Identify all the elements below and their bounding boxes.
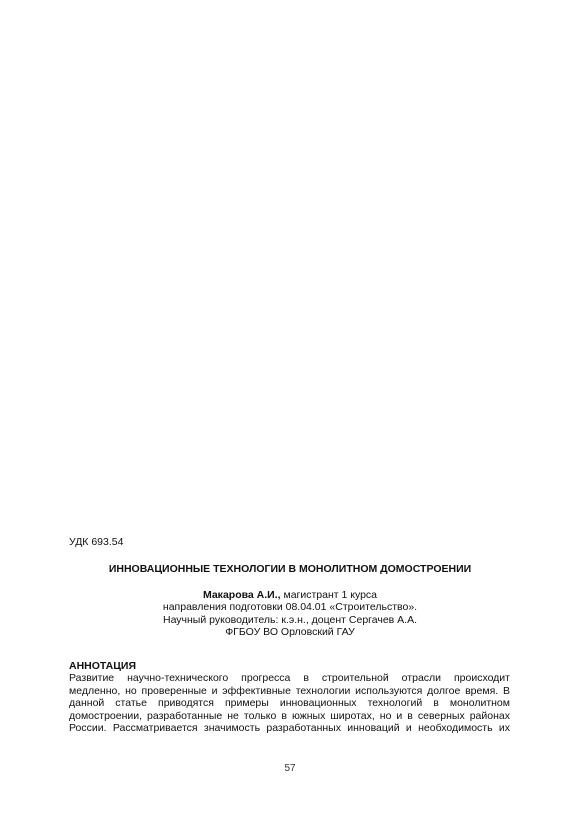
author-supervisor: Научный руководитель: к.э.н., доцент Сер…	[0, 614, 580, 626]
abstract-line: Развитие научно-технического прогресса в…	[69, 672, 510, 685]
abstract-line: данной статье приводятся примеры инновац…	[69, 697, 510, 710]
author-block: Макарова А.И., магистрант 1 курса направ…	[0, 589, 580, 639]
udk-code: УДК 693.54	[69, 536, 123, 548]
abstract-line: домостроении, разработанные не только в …	[69, 710, 510, 723]
abstract-heading: АННОТАЦИЯ	[69, 660, 136, 672]
abstract-line: России. Рассматривается значимость разра…	[69, 722, 510, 735]
author-line: Макарова А.И., магистрант 1 курса	[0, 589, 580, 601]
author-role: магистрант 1 курса	[281, 589, 377, 601]
author-program: направления подготовки 08.04.01 «Строите…	[0, 601, 580, 613]
author-name: Макарова А.И.,	[203, 589, 281, 601]
page-number: 57	[0, 763, 580, 774]
article-title: ИННОВАЦИОННЫЕ ТЕХНОЛОГИИ В МОНОЛИТНОМ ДО…	[0, 563, 580, 575]
abstract-line: медленно, но проверенные и эффективные т…	[69, 685, 510, 698]
author-institution: ФГБОУ ВО Орловский ГАУ	[0, 626, 580, 638]
abstract-body: Развитие научно-технического прогресса в…	[69, 672, 510, 735]
